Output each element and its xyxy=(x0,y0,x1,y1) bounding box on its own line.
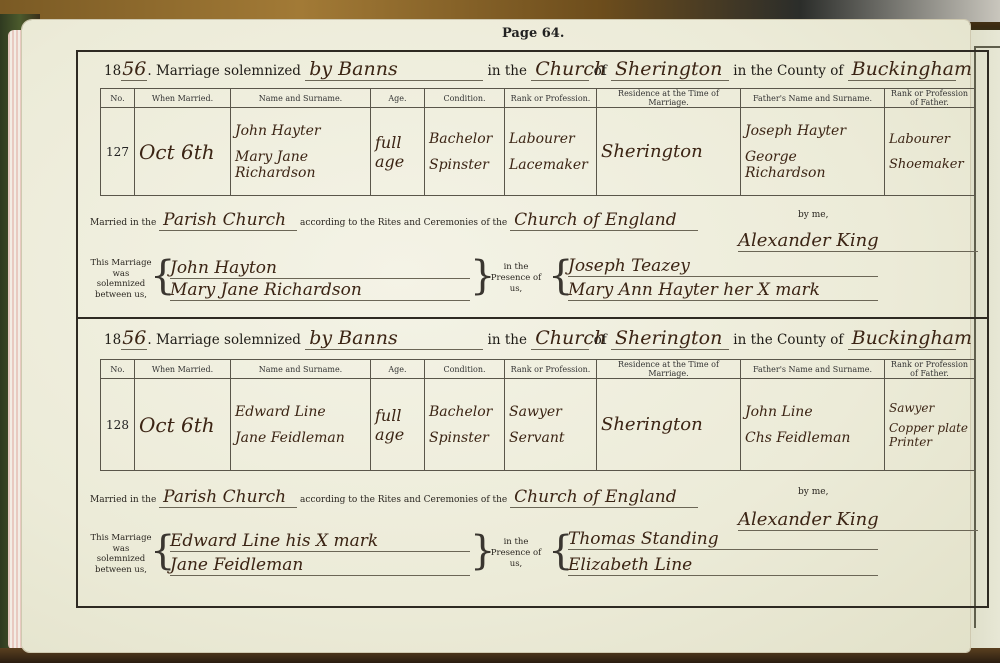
printed-label: of xyxy=(830,63,843,79)
printed-label: according to the Rites and Ceremonies of… xyxy=(300,495,507,505)
solemnized-by: by Banns xyxy=(305,327,483,350)
age: full age xyxy=(371,108,425,196)
married-in-line: Married in the Parish Church according t… xyxy=(90,487,698,508)
register-page: Page 64. 1856. Marriage solemnized by Ba… xyxy=(22,20,970,652)
officiant-signature: Alexander King xyxy=(738,509,978,531)
printed-label: in the County xyxy=(733,332,826,348)
age: full age xyxy=(371,379,425,471)
year-suffix: 56 xyxy=(121,58,147,81)
residence: Sherington xyxy=(597,108,741,196)
col-header: Name and Surname. xyxy=(231,360,371,379)
groom-signature: John Hayton xyxy=(170,258,470,279)
officiant-signature: Alexander King xyxy=(738,230,978,252)
bride-name: Jane Feidleman xyxy=(235,430,366,446)
printed-label: in the xyxy=(488,63,527,79)
register-table: No. When Married. Name and Surname. Age.… xyxy=(100,88,975,196)
witness-2: Mary Ann Hayter her X mark xyxy=(568,280,878,301)
groom-father: Joseph Hayter xyxy=(745,123,880,139)
when-married: Oct 6th xyxy=(135,379,231,471)
bride-father: George Richardson xyxy=(745,149,880,181)
bride-rank: Servant xyxy=(509,430,592,446)
printed-label: This Marriage was solemnized between us, xyxy=(90,258,152,301)
building: Church xyxy=(531,58,589,81)
bride-condition: Spinster xyxy=(429,157,500,173)
col-header: Residence at the Time of Marriage. xyxy=(597,360,741,379)
col-header: When Married. xyxy=(135,89,231,108)
entry-number: 127 xyxy=(101,108,135,196)
col-header: Age. xyxy=(371,89,425,108)
printed-label: This Marriage was solemnized between us, xyxy=(90,533,152,576)
married-in-line: Married in the Parish Church according t… xyxy=(90,210,698,231)
printed-label: of xyxy=(594,63,607,79)
witness-1: Joseph Teazey xyxy=(568,256,878,277)
page-number: Page 64. xyxy=(502,26,564,41)
bride-father: Chs Feidleman xyxy=(745,430,880,446)
col-header: No. xyxy=(101,360,135,379)
marriage-entry-127: 1856. Marriage solemnized by Banns in th… xyxy=(76,50,989,318)
groom-name: John Hayter xyxy=(235,123,366,139)
col-header: Father's Name and Surname. xyxy=(741,89,885,108)
printed-label: . Marriage solemnized xyxy=(147,332,301,348)
printed-label: in the xyxy=(488,332,527,348)
county: Buckingham xyxy=(848,327,956,350)
bride-signature: Jane Feidleman xyxy=(170,555,470,576)
col-header: Father's Name and Surname. xyxy=(741,360,885,379)
groom-rank: Sawyer xyxy=(509,404,592,420)
married-in-place: Parish Church xyxy=(159,487,297,508)
bride-father-rank: Shoemaker xyxy=(889,157,970,172)
parish: Sherington xyxy=(611,58,729,81)
col-header: No. xyxy=(101,89,135,108)
printed-label: according to the Rites and Ceremonies of… xyxy=(300,218,507,228)
married-in-place: Parish Church xyxy=(159,210,297,231)
printed-label: in the Presence of us, xyxy=(490,262,542,295)
col-header: Rank or Profession. xyxy=(505,89,597,108)
parish: Sherington xyxy=(611,327,729,350)
printed-label: in the County xyxy=(733,63,826,79)
year-suffix: 56 xyxy=(121,327,147,350)
table-row: 127 Oct 6th John HayterMary Jane Richard… xyxy=(101,108,975,196)
groom-father: John Line xyxy=(745,404,880,420)
register-table: No. When Married. Name and Surname. Age.… xyxy=(100,359,975,471)
year-prefix: 18 xyxy=(104,63,121,79)
col-header: Name and Surname. xyxy=(231,89,371,108)
col-header: When Married. xyxy=(135,360,231,379)
printed-label: in the Presence of us, xyxy=(490,537,542,570)
col-header: Condition. xyxy=(425,360,505,379)
col-header: Rank or Profession. xyxy=(505,360,597,379)
building: Church xyxy=(531,327,589,350)
witness-1: Thomas Standing xyxy=(568,529,878,550)
printed-label: of xyxy=(830,332,843,348)
printed-label: . Marriage solemnized xyxy=(147,63,301,79)
groom-condition: Bachelor xyxy=(429,404,500,420)
bride-signature: Mary Jane Richardson xyxy=(170,280,470,301)
solemnized-by: by Banns xyxy=(305,58,483,81)
groom-father-rank: Labourer xyxy=(889,132,970,147)
witness-2: Elizabeth Line xyxy=(568,555,878,576)
entry-number: 128 xyxy=(101,379,135,471)
col-header: Residence at the Time of Marriage. xyxy=(597,89,741,108)
year-prefix: 18 xyxy=(104,332,121,348)
col-header: Condition. xyxy=(425,89,505,108)
groom-condition: Bachelor xyxy=(429,131,500,147)
col-header: Age. xyxy=(371,360,425,379)
printed-label: by me, xyxy=(798,487,828,497)
printed-label: Married in the xyxy=(90,495,156,505)
residence: Sherington xyxy=(597,379,741,471)
groom-name: Edward Line xyxy=(235,404,366,420)
groom-rank: Labourer xyxy=(509,131,592,147)
table-row: 128 Oct 6th Edward LineJane Feidleman fu… xyxy=(101,379,975,471)
entry-title: 1856. Marriage solemnized by Banns in th… xyxy=(104,327,956,350)
marriage-entry-128: 1856. Marriage solemnized by Banns in th… xyxy=(76,318,989,608)
rites: Church of England xyxy=(510,210,698,231)
printed-label: Married in the xyxy=(90,218,156,228)
bride-condition: Spinster xyxy=(429,430,500,446)
when-married: Oct 6th xyxy=(135,108,231,196)
bride-name: Mary Jane Richardson xyxy=(235,149,366,181)
col-header: Rank or Profession of Father. xyxy=(885,360,975,379)
bride-father-rank: Copper plate Printer xyxy=(889,421,970,449)
entry-title: 1856. Marriage solemnized by Banns in th… xyxy=(104,58,956,81)
printed-label: of xyxy=(594,332,607,348)
groom-father-rank: Sawyer xyxy=(889,401,970,415)
desk-background xyxy=(0,0,1000,22)
rites: Church of England xyxy=(510,487,698,508)
printed-label: by me, xyxy=(798,210,828,220)
bride-rank: Lacemaker xyxy=(509,157,592,173)
county: Buckingham xyxy=(848,58,956,81)
col-header: Rank or Profession of Father. xyxy=(885,89,975,108)
groom-signature: Edward Line his X mark xyxy=(170,531,470,552)
